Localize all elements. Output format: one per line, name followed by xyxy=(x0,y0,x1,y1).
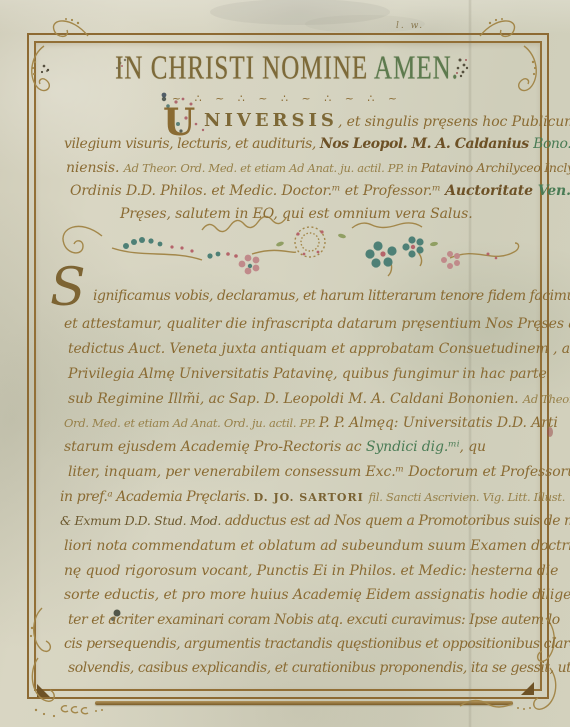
manuscript-line: cis persequendis, argumentis tractandis … xyxy=(64,636,570,652)
line-text: ignificamus vobis, declaramus, et harum … xyxy=(93,288,570,304)
line-text: Illust. xyxy=(534,490,565,504)
title-amen: AMEN. xyxy=(374,50,459,86)
line-text: Ad Theor. xyxy=(523,392,570,406)
line-text: starum ejusdem Academię Pro-Rectoris ac xyxy=(64,439,366,455)
manuscript-line: solvendis, casibus explicandis, et curat… xyxy=(68,660,570,676)
line-text: P. P. Almęq: Universitatis D.D. Arti xyxy=(319,415,558,431)
manuscript-line: vilegium visuris, lecturis, et audituris… xyxy=(64,136,570,152)
manuscript-line: & Exmum D.D. Stud. Mod. adductus est ad … xyxy=(60,513,570,529)
line-text: liori nota commendatum et oblatum ad sub… xyxy=(64,538,570,554)
manuscript-line: Pręses, salutem in EO, qui est omnium ve… xyxy=(120,206,450,222)
line-text: Ad Theor. Ord. Med. et etiam Ad Anat. ju… xyxy=(124,161,421,175)
line-text: adductus est ad Nos quem a Promotoribus … xyxy=(225,513,570,529)
line-text: nę quod rigorosum vocant, Punctis Ei in … xyxy=(64,563,558,579)
floral-garland xyxy=(52,214,524,288)
manuscript-line: et attestamur, qualiter die infrascripta… xyxy=(64,316,570,332)
manuscript-line: sub Regimine Illm̃i, ac Sap. D. Leopoldi… xyxy=(68,391,570,407)
line-text: Ordinis D.D. Philos. et Medic. Doctor.ᵐ … xyxy=(70,183,445,199)
line-text: Pręses, salutem in EO, qui est omnium ve… xyxy=(120,206,473,222)
line-text: Syndici dig.ᵐⁱ xyxy=(366,439,460,455)
line-text: D. JO. SARTORI xyxy=(254,491,369,504)
line-text: Ord. Med. et etiam Ad Anat. Ord. ju. act… xyxy=(64,416,319,430)
line-text: fil. Sancti Ascrivien. Vig. Litt. xyxy=(369,490,534,504)
manuscript-line: niensis. Ad Theor. Ord. Med. et etiam Ad… xyxy=(66,160,570,176)
manuscript-line: nę quod rigorosum vocant, Punctis Ei in … xyxy=(64,563,558,579)
line-text: Privilegia Almę Universitatis Patavinę, … xyxy=(68,366,547,382)
line-text: liter, inquam, per venerabilem consessum… xyxy=(68,464,570,480)
manuscript-line: liori nota commendatum et oblatum ad sub… xyxy=(64,538,570,554)
line-text: sorte eductis, et pro more huius Academi… xyxy=(64,587,570,603)
line-text: tedictus Auct. Veneta juxta antiquam et … xyxy=(68,341,570,357)
title-main: IN CHRISTI NOMINE xyxy=(115,50,374,86)
manuscript-line: tedictus Auct. Veneta juxta antiquam et … xyxy=(68,341,570,357)
line-text: Nos Leopol. M. A. Caldanius xyxy=(320,136,533,152)
manuscript-line: in pref.ᵃ Academia Pręclaris. D. JO. SAR… xyxy=(60,489,565,505)
line-text: ter et acriter examinari coram Nobis atq… xyxy=(68,612,560,628)
line-text: , qu xyxy=(459,439,485,455)
manuscript-line: ignificamus vobis, declaramus, et harum … xyxy=(93,288,570,304)
line-text: Patavino Archilyceo Inclytiq. xyxy=(421,160,570,175)
manuscript-line: liter, inquam, per venerabilem consessum… xyxy=(68,464,570,480)
manuscript-line: starum ejusdem Academię Pro-Rectoris ac … xyxy=(64,439,486,455)
line-text: cis persequendis, argumentis tractandis … xyxy=(64,636,570,652)
line-text: solvendis, casibus explicandis, et curat… xyxy=(68,660,570,676)
line-text: NIVERSIS xyxy=(204,110,338,131)
line-text: vilegium visuris, lecturis, et audituris… xyxy=(64,136,320,152)
line-text: Bono. xyxy=(533,136,570,152)
line-text: & Exmum D.D. Stud. Mod. xyxy=(60,513,225,528)
manuscript-line: sorte eductis, et pro more huius Academi… xyxy=(64,587,570,603)
line-text: Ven. xyxy=(538,183,570,199)
line-text: Auctoritate xyxy=(445,183,538,199)
line-text: , et singulis pręsens hoc Publicum Docto… xyxy=(338,114,570,130)
manuscript-line: NIVERSIS, et singulis pręsens hoc Public… xyxy=(204,110,570,131)
manuscript-line: Privilegia Almę Universitatis Patavinę, … xyxy=(68,366,547,382)
line-text: niensis. xyxy=(66,160,124,176)
line-text: et attestamur, qualiter die infrascripta… xyxy=(64,316,570,332)
manuscript-line: ter et acriter examinari coram Nobis atq… xyxy=(68,612,560,628)
line-text: in pref.ᵃ Academia Pręclaris. xyxy=(60,489,254,505)
manuscript-line: Ordinis D.D. Philos. et Medic. Doctor.ᵐ … xyxy=(70,183,570,199)
drop-cap-s: S xyxy=(50,258,86,318)
corner-inscription: l. w. xyxy=(396,21,424,31)
title-ornament-row: ~ ∴ ~ ∴ ~ ∴ ~ ∴ ~ ∴ ~ xyxy=(62,92,512,105)
document-title: IN CHRISTI NOMINE AMEN. xyxy=(62,50,512,88)
manuscript-page: l. w. IN CHRISTI NOMINE AMEN. ~ ∴ ~ ∴ ~ … xyxy=(0,0,570,727)
line-text: sub Regimine Illm̃i, ac Sap. D. Leopoldi… xyxy=(68,391,523,407)
manuscript-line: Ord. Med. et etiam Ad Anat. Ord. ju. act… xyxy=(64,415,558,431)
